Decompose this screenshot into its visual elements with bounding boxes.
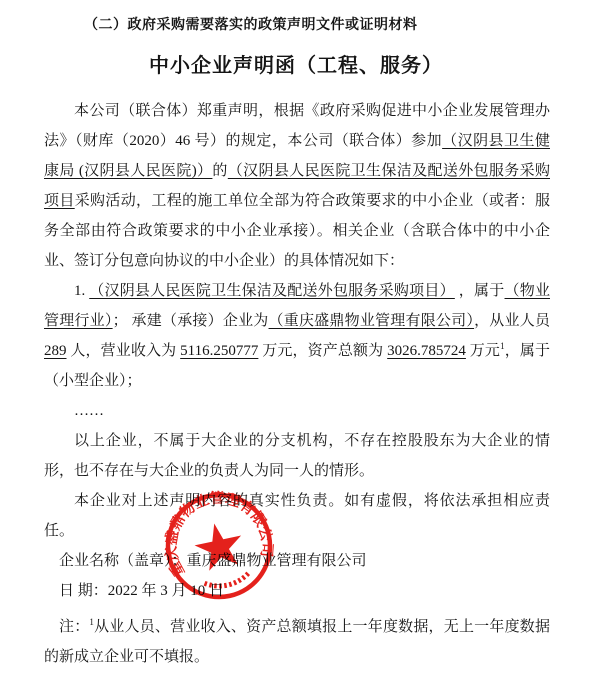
text-run: 的 (212, 163, 227, 179)
filled-blank-value: 3026.785724 (387, 343, 466, 359)
text-run: ； 承建（承接）企业为 (113, 313, 269, 329)
text-run: ，属于 (455, 283, 505, 299)
text-run: 日 期：2022 年 3 月 10 日 (59, 583, 224, 599)
text-run: 采购活动，工程的施工单位全部为符合政策要求的中小企业（或者：服务全部由符合政策要… (44, 193, 550, 269)
document-page: （二）政府采购需要落实的政策声明文件或证明材料 中小企业声明函（工程、服务） 本… (0, 14, 592, 672)
text-run: 万元，资产总额为 (258, 343, 387, 359)
text-run: 1. (74, 283, 89, 299)
filled-blank-value: 5116.250777 (180, 343, 258, 359)
company-name-line: 企业名称（盖章）：重庆盛鼎物业管理有限公司 (44, 546, 550, 576)
text-run: 人，营业收入为 (67, 343, 181, 359)
document-body: 本公司（联合体）郑重声明，根据《政府采购促进中小企业发展管理办法》（财库（202… (44, 96, 550, 672)
para-ellipsis: …… (44, 396, 550, 426)
filled-blank-value: 289 (44, 343, 67, 359)
para-not-big-enterprise: 以上企业，不属于大企业的分支机构，不存在控股股东为大企业的情形，也不存在与大企业… (44, 426, 550, 486)
text-run: 以上企业，不属于大企业的分支机构，不存在控股股东为大企业的情形，也不存在与大企业… (44, 433, 550, 479)
filled-blank-value: （重庆盛鼎物业管理有限公司） (269, 313, 475, 329)
text-run: 从业人员、营业收入、资产总额填报上一年度数据，无上一年度数据的新成立企业可不填报… (44, 619, 550, 665)
section-heading: （二）政府采购需要落实的政策声明文件或证明材料 (84, 14, 550, 34)
para-item-1: 1. （汉阴县人民医院卫生保洁及配送外包服务采购项目） ，属于（物业管理行业）；… (44, 276, 550, 396)
text-run: ，从业人员 (474, 313, 550, 329)
footnote-line: 注：1从业人员、营业收入、资产总额填报上一年度数据，无上一年度数据的新成立企业可… (44, 612, 550, 672)
text-run: 本企业对上述声明内容的真实性负责。如有虚假，将依法承担相应责任。 (44, 493, 550, 539)
para-declaration: 本公司（联合体）郑重声明，根据《政府采购促进中小企业发展管理办法》（财库（202… (44, 96, 550, 276)
text-run: 万元 (466, 343, 500, 359)
text-run: …… (74, 403, 104, 419)
page-title: 中小企业声明函（工程、服务） (0, 49, 592, 78)
date-line: 日 期：2022 年 3 月 10 日 (44, 576, 550, 606)
filled-blank-value: （汉阴县人民医院卫生保洁及配送外包服务采购项目） (89, 283, 455, 299)
text-run: 注： (59, 619, 89, 635)
text-run: 企业名称（盖章）：重庆盛鼎物业管理有限公司 (59, 553, 367, 569)
para-responsibility: 本企业对上述声明内容的真实性负责。如有虚假，将依法承担相应责任。 (44, 486, 550, 546)
